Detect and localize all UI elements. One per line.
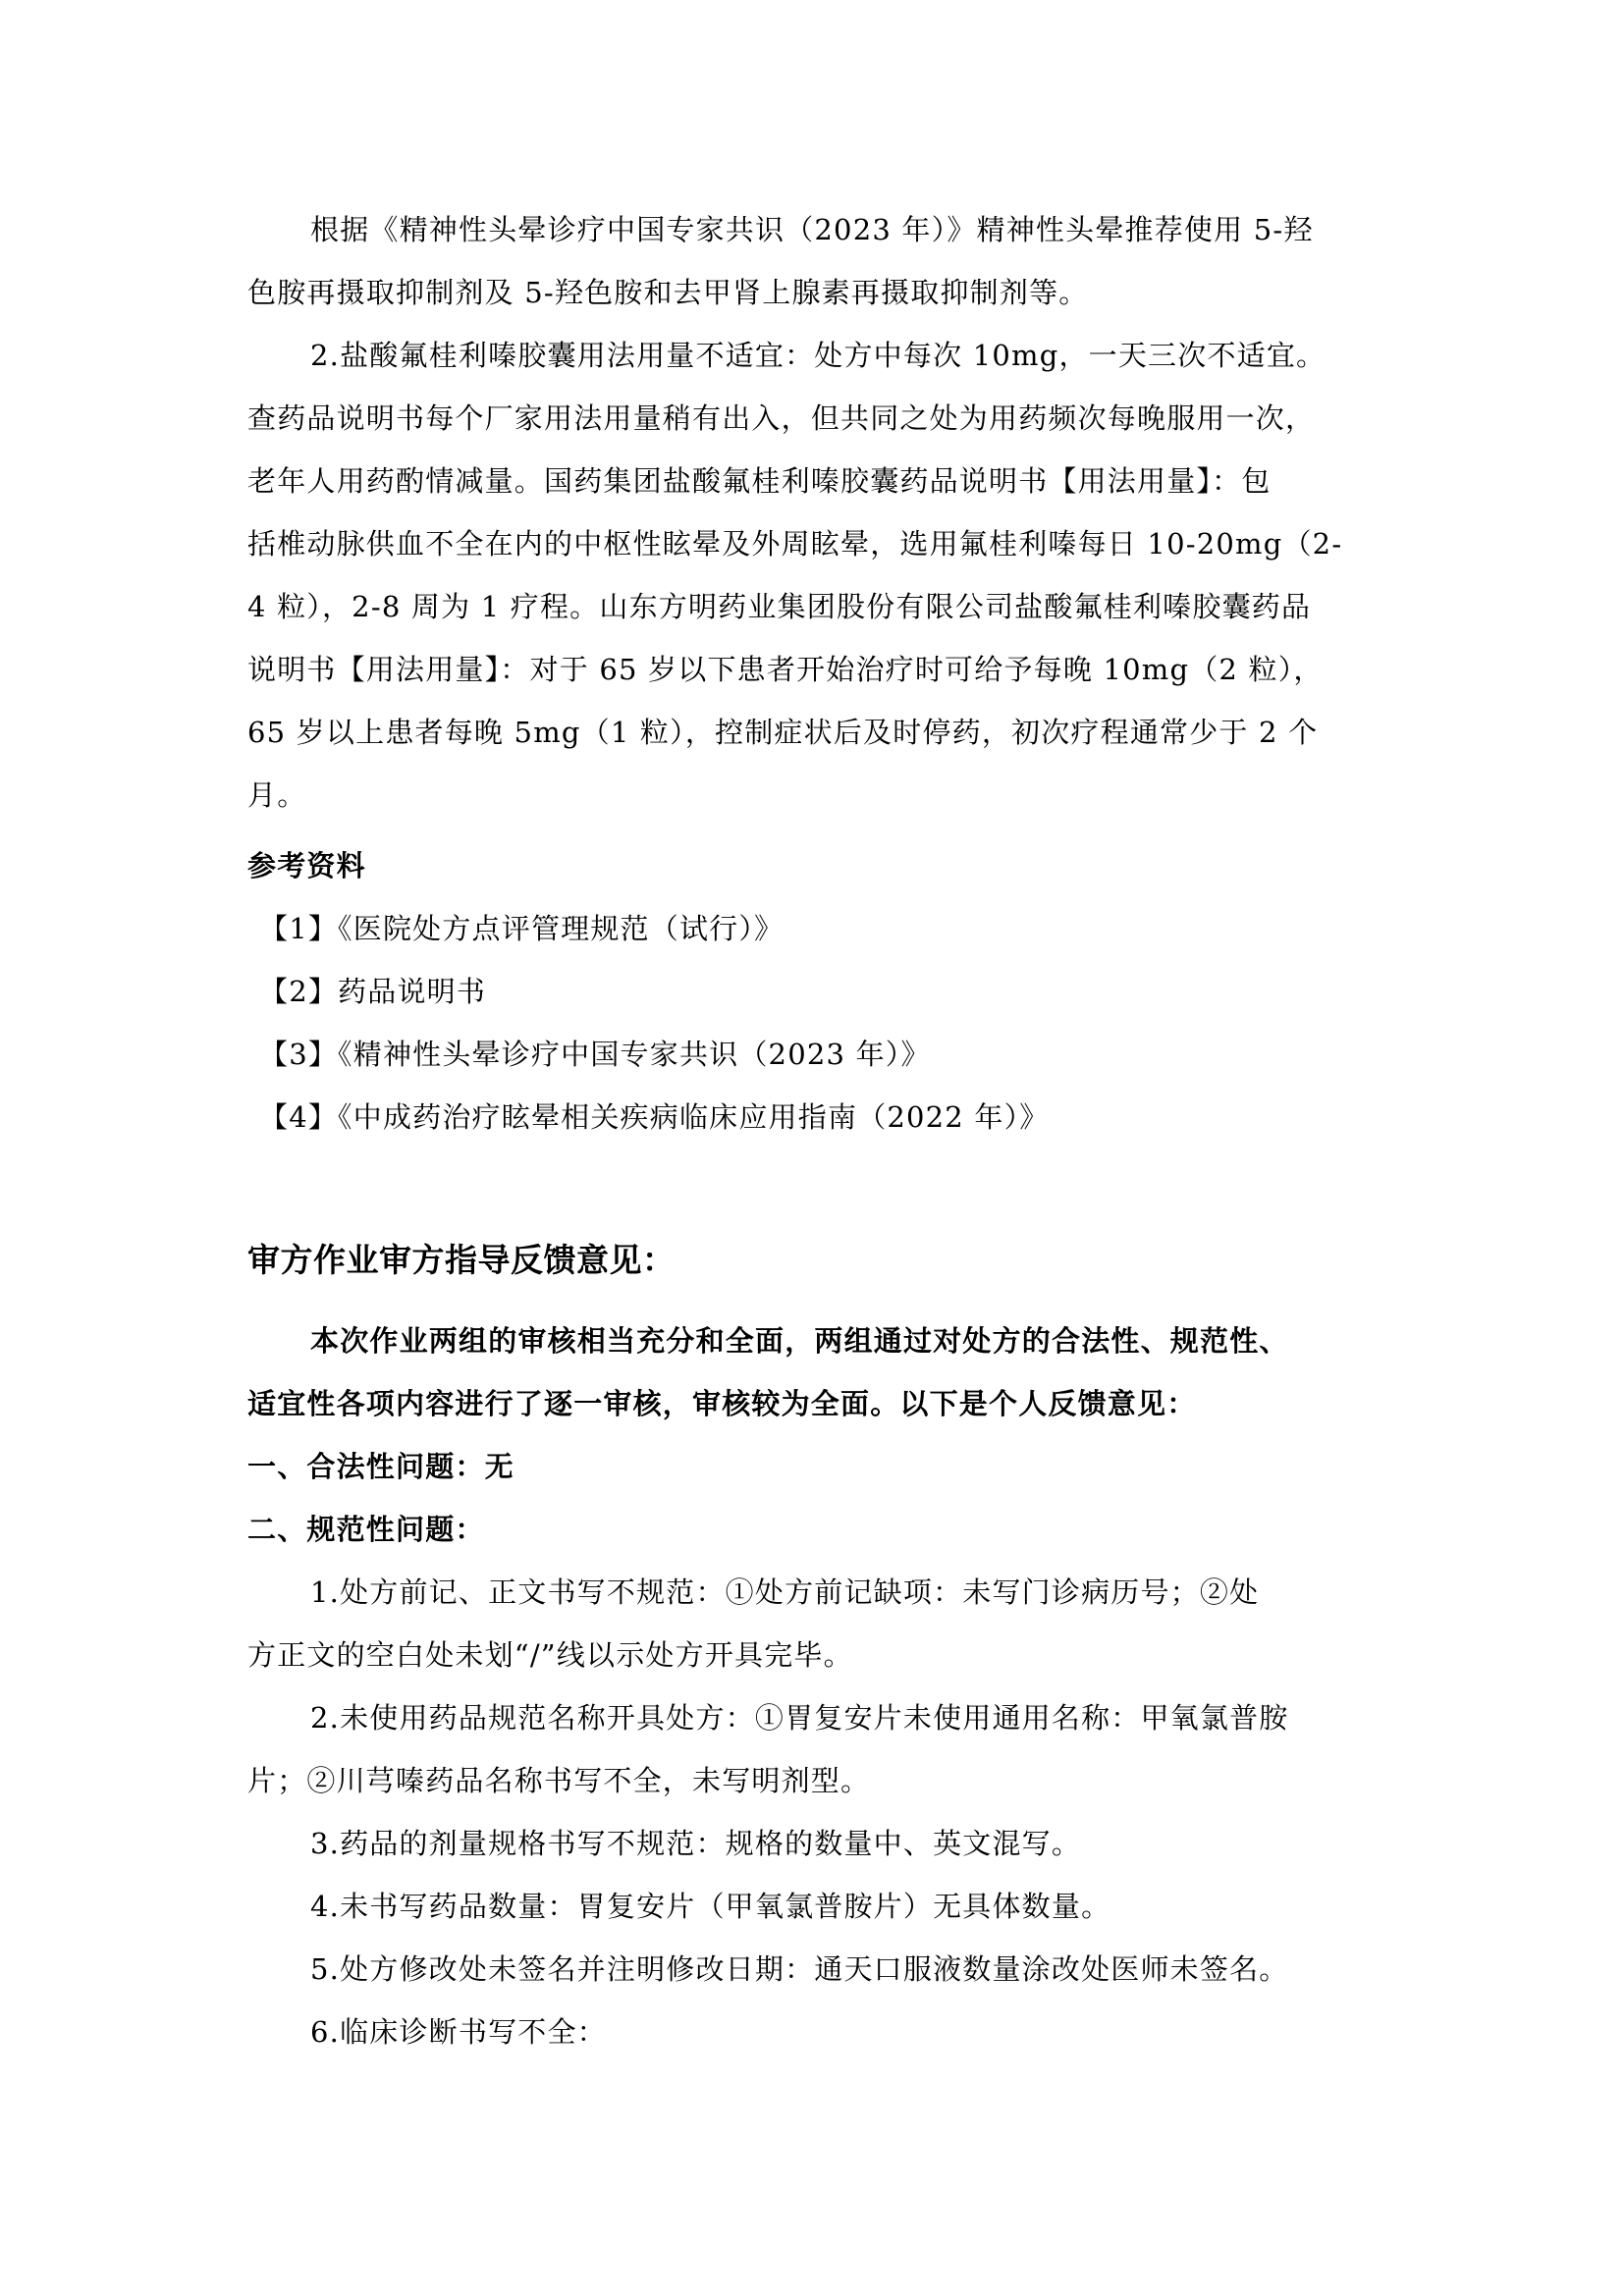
feedback-item-line: 4.未书写药品数量：胃复安片（甲氧氯普胺片）无具体数量。 [310,1887,1110,1926]
feedback-intro-line: 适宜性各项内容进行了逐一审核，审核较为全面。以下是个人反馈意见： [247,1384,1196,1423]
paragraph-line: 4 粒），2-8 周为 1 疗程。山东方明药业集团股份有限公司盐酸氟桂利嗪胶囊药… [247,587,1311,626]
feedback-item-line: 2.未使用药品规范名称开具处方：①胃复安片未使用通用名称：甲氧氯普胺 [310,1698,1288,1737]
feedback-intro-line: 本次作业两组的审核相当充分和全面，两组通过对处方的合法性、规范性、 [310,1321,1289,1361]
section-normativity: 二、规范性问题： [247,1510,485,1549]
paragraph-line: 月。 [247,775,306,815]
feedback-item-line: 1.处方前记、正文书写不规范：①处方前记缺项：未写门诊病历号；②处 [310,1573,1259,1612]
section-legality: 一、合法性问题：无 [247,1447,514,1486]
feedback-item-line: 5.处方修改处未签名并注明修改日期：通天口服液数量涂改处医师未签名。 [310,1949,1288,1989]
paragraph-line: 2.盐酸氟桂利嗪胶囊用法用量不适宜：处方中每次 10mg，一天三次不适宜。 [310,336,1326,375]
paragraph-line: 老年人用药酌情减量。国药集团盐酸氟桂利嗪胶囊药品说明书【用法用量】：包 [247,461,1272,501]
reference-item: 【2】药品说明书 [259,972,486,1011]
paragraph-line: 根据《精神性头晕诊疗中国专家共识（2023 年）》精神性头晕推荐使用 5-羟 [310,210,1314,249]
reference-item: 【4】《中成药治疗眩晕相关疾病临床应用指南（2022 年）》 [259,1097,1049,1137]
paragraph-line: 65 岁以上患者每晚 5mg（1 粒），控制症状后及时停药，初次疗程通常少于 2… [247,713,1318,752]
paragraph-line: 说明书【用法用量】：对于 65 岁以下患者开始治疗时可给予每晚 10mg（2 粒… [247,650,1324,689]
paragraph-line: 色胺再摄取抑制剂及 5-羟色胺和去甲肾上腺素再摄取抑制剂等。 [247,273,1088,312]
feedback-item-line: 片；②川芎嗪药品名称书写不全，未写明剂型。 [247,1761,870,1800]
feedback-item-line: 6.临床诊断书写不全： [310,2012,607,2052]
paragraph-line: 查药品说明书每个厂家用法用量稍有出入，但共同之处为用药频次每晚服用一次， [247,399,1315,438]
feedback-item-line: 方正文的空白处未划“/”线以示处方开具完毕。 [247,1635,853,1675]
reference-item: 【3】《精神性头晕诊疗中国专家共识（2023 年）》 [259,1035,931,1074]
paragraph-line: 括椎动脉供血不全在内的中枢性眩晕及外周眩晕，选用氟桂利嗪每日 10-20mg（2… [247,524,1342,563]
feedback-heading: 审方作业审方指导反馈意见： [247,1241,676,1280]
feedback-item-line: 3.药品的剂量规格书写不规范：规格的数量中、英文混写。 [310,1824,1081,1863]
reference-item: 【1】《医院处方点评管理规范（试行）》 [259,909,784,948]
references-title: 参考资料 [247,846,366,885]
